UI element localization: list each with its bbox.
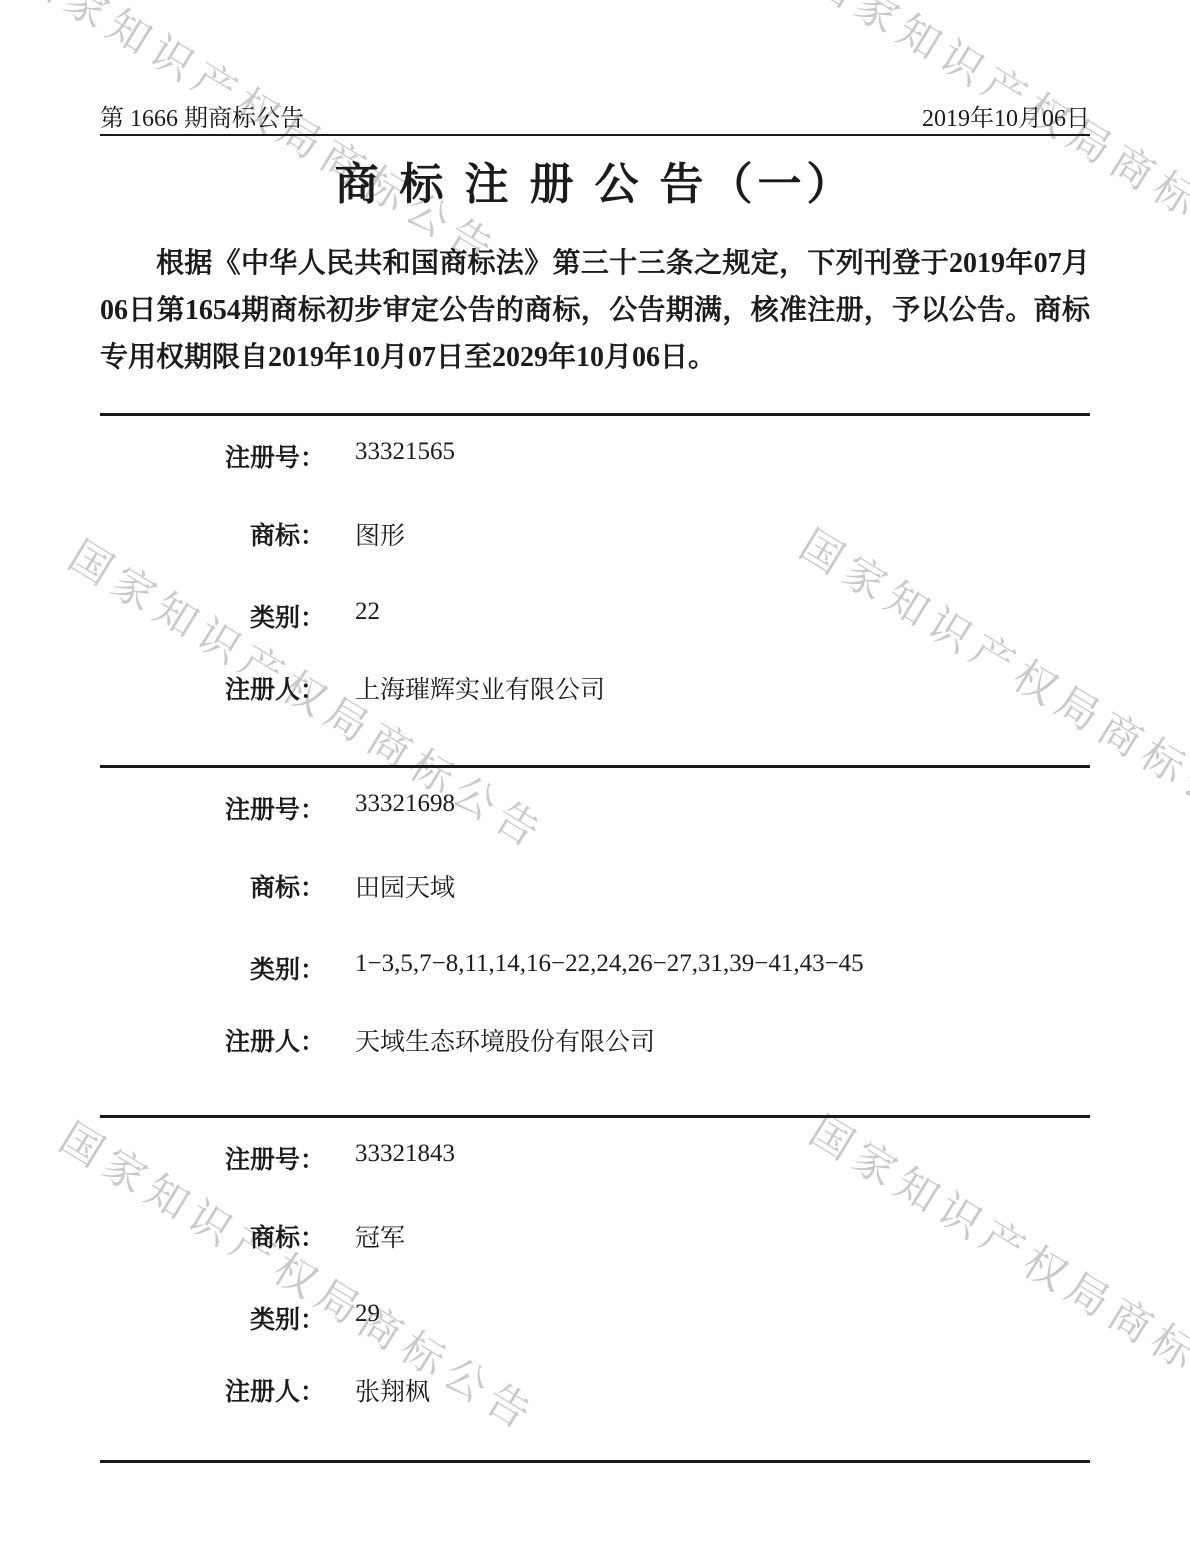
registrant-row: 注册人： 上海璀辉实业有限公司 [100, 670, 1090, 706]
field-value: 33321565 [355, 438, 1090, 466]
field-value: 田园天域 [355, 868, 1090, 904]
field-value: 图形 [355, 516, 1090, 552]
trademark-entry: 注册号： 33321843 商标： 冠军 类别： 29 注册人： 张翔枫 [100, 1115, 1090, 1463]
field-label: 注册号： [100, 438, 325, 474]
field-value: 33321698 [355, 790, 1090, 818]
mark-row: 商标： 田园天域 [100, 868, 1090, 904]
bottom-rule [100, 1460, 1090, 1463]
field-value: 天域生态环境股份有限公司 [355, 1022, 1090, 1058]
field-label: 商标： [100, 516, 325, 552]
field-label: 注册人： [100, 1022, 325, 1058]
field-label: 类别： [100, 950, 325, 986]
field-value: 张翔枫 [355, 1372, 1090, 1408]
issue-date: 2019年10月06日 [922, 98, 1090, 133]
registrant-row: 注册人： 张翔枫 [100, 1372, 1090, 1408]
field-label: 注册人： [100, 670, 325, 706]
field-label: 注册号： [100, 790, 325, 826]
gazette-page: 第 1666 期商标公告 2019年10月06日 商 标 注 册 公 告（一） … [0, 0, 1190, 1564]
category-row: 类别： 1−3,5,7−8,11,14,16−22,24,26−27,31,39… [100, 950, 1090, 986]
registrant-row: 注册人： 天域生态环境股份有限公司 [100, 1022, 1090, 1058]
reg-no-row: 注册号： 33321565 [100, 438, 1090, 474]
field-label: 商标： [100, 1218, 325, 1254]
field-label: 类别： [100, 598, 325, 634]
intro-paragraph: 根据《中华人民共和国商标法》第三十三条之规定，下列刊登于2019年07月06日第… [100, 240, 1090, 381]
category-row: 类别： 29 [100, 1300, 1090, 1336]
field-label: 注册号： [100, 1140, 325, 1176]
reg-no-row: 注册号： 33321698 [100, 790, 1090, 826]
category-row: 类别： 22 [100, 598, 1090, 634]
header-rule [100, 134, 1090, 136]
field-label: 注册人： [100, 1372, 325, 1408]
trademark-entry: 注册号： 33321698 商标： 田园天域 类别： 1−3,5,7−8,11,… [100, 765, 1090, 1118]
field-value: 29 [355, 1300, 1090, 1328]
field-value: 1−3,5,7−8,11,14,16−22,24,26−27,31,39−41,… [355, 950, 1090, 978]
mark-row: 商标： 图形 [100, 516, 1090, 552]
field-value: 33321843 [355, 1140, 1090, 1168]
field-label: 商标： [100, 868, 325, 904]
page-title: 商 标 注 册 公 告（一） [0, 148, 1190, 212]
field-value: 上海璀辉实业有限公司 [355, 670, 1090, 706]
field-label: 类别： [100, 1300, 325, 1336]
reg-no-row: 注册号： 33321843 [100, 1140, 1090, 1176]
trademark-entry: 注册号： 33321565 商标： 图形 类别： 22 注册人： 上海璀辉实业有… [100, 413, 1090, 768]
issue-number: 第 1666 期商标公告 [100, 98, 304, 133]
mark-row: 商标： 冠军 [100, 1218, 1090, 1254]
field-value: 22 [355, 598, 1090, 626]
field-value: 冠军 [355, 1218, 1090, 1254]
